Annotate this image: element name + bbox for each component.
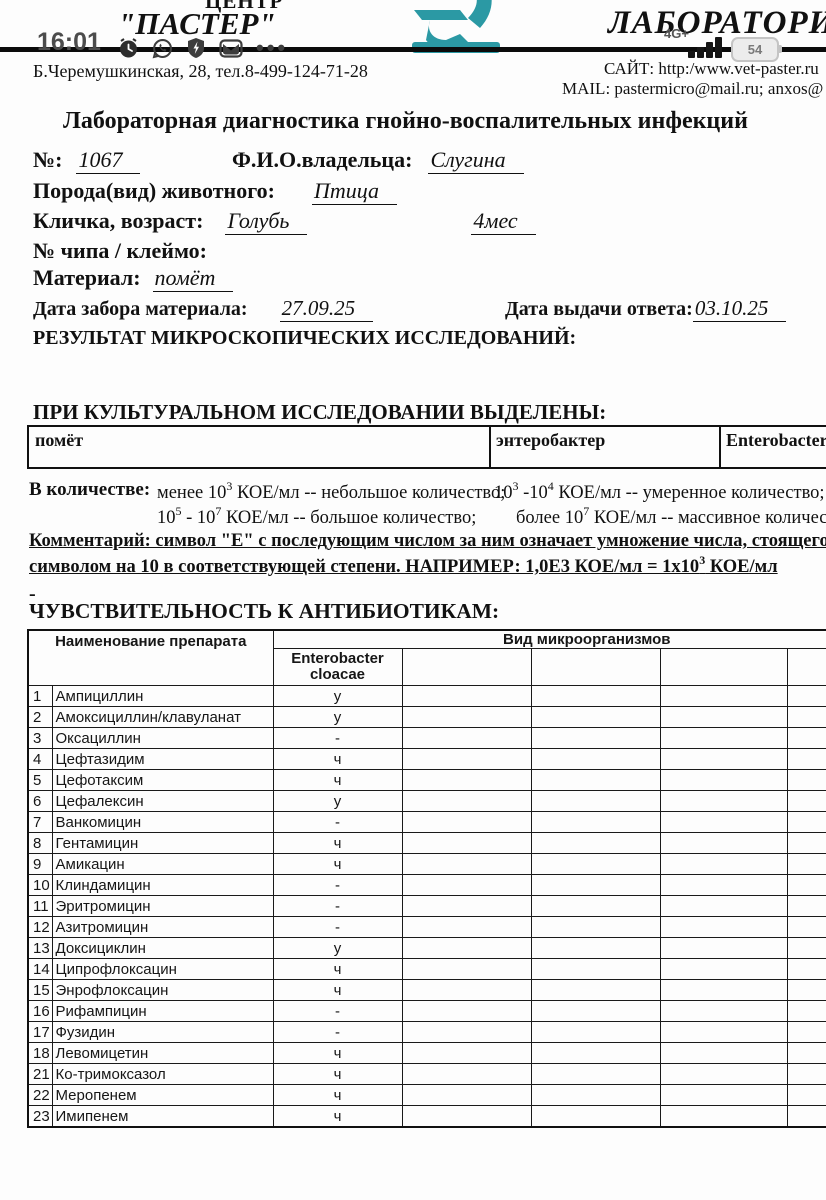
empty-cell [531, 833, 660, 854]
antibiotics-table: Наименование препарата Вид микроорганизм… [27, 629, 826, 1128]
empty-cell [531, 1022, 660, 1043]
culture-organism-ru: энтеробактер [496, 430, 605, 451]
empty-cell [660, 749, 787, 770]
empty-cell [402, 980, 531, 1001]
field-number: №: 1067 [33, 147, 140, 173]
drug-name: Эритромицин [52, 896, 273, 917]
sensitivity-value: - [273, 728, 402, 749]
empty-cell [787, 938, 826, 959]
mail-line: MAIL: pastermicro@mail.ru; anxos@ [562, 79, 823, 99]
collect-date-label: Дата забора материала: [33, 298, 248, 320]
empty-cell [660, 1064, 787, 1085]
microorganism-group-header: Вид микроорганизмов [273, 630, 826, 649]
drug-column-header: Наименование препарата [28, 630, 273, 686]
drug-name: Ванкомицин [52, 812, 273, 833]
whatsapp-icon [152, 38, 173, 59]
empty-cell [531, 770, 660, 791]
table-row: 15 Энрофлоксацин ч [28, 980, 826, 1001]
sensitivity-value: - [273, 812, 402, 833]
empty-cell [660, 707, 787, 728]
sensitivity-value: ч [273, 1085, 402, 1106]
field-owner: Ф.И.О.владельца: Слугина [232, 147, 524, 173]
empty-cell [402, 728, 531, 749]
number-label: №: [33, 147, 62, 172]
empty-cell [787, 833, 826, 854]
chip-label: № чипа / клеймо: [33, 238, 207, 263]
table-row: 23 Имипенем ч [28, 1106, 826, 1128]
row-number: 18 [28, 1043, 52, 1064]
sensitivity-value: у [273, 686, 402, 707]
empty-cell [787, 854, 826, 875]
issue-date-value: 03.10.25 [693, 296, 787, 322]
empty-cell [660, 980, 787, 1001]
sensitivity-value: ч [273, 1064, 402, 1085]
empty-cell [531, 791, 660, 812]
empty-cell [531, 896, 660, 917]
table-divider [719, 427, 721, 467]
empty-cell [660, 959, 787, 980]
field-breed: Порода(вид) животного: Птица [33, 178, 397, 204]
empty-cell [402, 770, 531, 791]
empty-organism-column [660, 649, 787, 686]
network-type-label: 4G+ [664, 26, 689, 41]
table-row: 9 Амикацин ч [28, 854, 826, 875]
empty-cell [531, 749, 660, 770]
empty-organism-column [787, 649, 826, 686]
owner-value: Слугина [428, 147, 523, 174]
table-row: 12 Азитромицин - [28, 917, 826, 938]
empty-cell [787, 1022, 826, 1043]
sensitivity-value: ч [273, 1106, 402, 1128]
empty-cell [531, 938, 660, 959]
quantity-legend-label: В количестве: [29, 479, 150, 501]
document-title: Лабораторная диагностика гнойно-воспалит… [63, 108, 748, 135]
empty-cell [660, 1106, 787, 1128]
drug-name: Цефотаксим [52, 770, 273, 791]
empty-cell [402, 1064, 531, 1085]
row-number: 13 [28, 938, 52, 959]
sensitivity-value: ч [273, 1043, 402, 1064]
empty-cell [531, 707, 660, 728]
shield-bolt-icon [186, 37, 206, 59]
sensitivity-value: - [273, 875, 402, 896]
issue-date-label: Дата выдачи ответа: [505, 298, 693, 320]
empty-cell [531, 917, 660, 938]
empty-cell [660, 686, 787, 707]
field-material: Материал: помёт [33, 265, 233, 291]
empty-cell [402, 854, 531, 875]
empty-cell [402, 1043, 531, 1064]
field-issue-date: Дата выдачи ответа:03.10.25 [505, 296, 786, 321]
table-row: 17 Фузидин - [28, 1022, 826, 1043]
drug-name: Амикацин [52, 854, 273, 875]
nickname-value: Голубь [225, 208, 307, 235]
sensitivity-value: ч [273, 959, 402, 980]
more-icon: ••• [256, 43, 288, 53]
drug-name: Оксациллин [52, 728, 273, 749]
empty-cell [402, 875, 531, 896]
empty-cell [402, 938, 531, 959]
empty-cell [787, 791, 826, 812]
table-row: 22 Меропенем ч [28, 1085, 826, 1106]
table-row: 8 Гентамицин ч [28, 833, 826, 854]
empty-cell [660, 875, 787, 896]
row-number: 8 [28, 833, 52, 854]
empty-cell [531, 1001, 660, 1022]
empty-cell [531, 1064, 660, 1085]
row-number: 4 [28, 749, 52, 770]
age-value: 4мес [471, 208, 535, 235]
row-number: 21 [28, 1064, 52, 1085]
field-chip: № чипа / клеймо: [33, 238, 207, 264]
table-row: 13 Доксициклин у [28, 938, 826, 959]
table-row: 5 Цефотаксим ч [28, 770, 826, 791]
empty-cell [660, 938, 787, 959]
empty-cell [402, 812, 531, 833]
drug-name: Энрофлоксацин [52, 980, 273, 1001]
number-value: 1067 [76, 147, 140, 174]
empty-cell [787, 812, 826, 833]
sensitivity-value: - [273, 896, 402, 917]
drug-name: Рифампицин [52, 1001, 273, 1022]
empty-cell [402, 1022, 531, 1043]
row-number: 22 [28, 1085, 52, 1106]
drug-name: Цефтазидим [52, 749, 273, 770]
empty-organism-column [531, 649, 660, 686]
drug-name: Фузидин [52, 1022, 273, 1043]
table-row: 10 Клиндамицин - [28, 875, 826, 896]
sensitivity-value: - [273, 1001, 402, 1022]
row-number: 17 [28, 1022, 52, 1043]
row-number: 1 [28, 686, 52, 707]
empty-cell [402, 707, 531, 728]
row-number: 16 [28, 1001, 52, 1022]
row-number: 15 [28, 980, 52, 1001]
empty-cell [787, 1106, 826, 1128]
table-row: 18 Левомицетин ч [28, 1043, 826, 1064]
status-time: 16:01 [37, 28, 101, 57]
drug-name: Клиндамицин [52, 875, 273, 896]
drug-name: Доксициклин [52, 938, 273, 959]
empty-cell [660, 896, 787, 917]
empty-cell [787, 770, 826, 791]
empty-cell [531, 854, 660, 875]
empty-cell [531, 812, 660, 833]
row-number: 6 [28, 791, 52, 812]
culture-heading: ПРИ КУЛЬТУРАЛЬНОМ ИССЛЕДОВАНИИ ВЫДЕЛЕНЫ: [33, 400, 606, 425]
empty-cell [402, 1106, 531, 1128]
culture-organism-lat: Enterobacter cloacae [726, 430, 826, 451]
drug-name: Азитромицин [52, 917, 273, 938]
empty-cell [787, 1085, 826, 1106]
abx-tbody: 1 Ампициллин у 2 Амоксициллин/клавуланат… [28, 686, 826, 1128]
row-number: 11 [28, 896, 52, 917]
drug-name: Меропенем [52, 1085, 273, 1106]
empty-cell [660, 1085, 787, 1106]
empty-cell [531, 959, 660, 980]
drug-name: Ко-тримоксазол [52, 1064, 273, 1085]
empty-cell [531, 1043, 660, 1064]
sensitivity-value: ч [273, 770, 402, 791]
screenshot-root: ЦЕНТР "ПАСТЕР" ЛАБОРАТОРИЯ 16:01 [0, 0, 826, 1200]
table-row: 3 Оксациллин - [28, 728, 826, 749]
empty-cell [660, 791, 787, 812]
row-number: 10 [28, 875, 52, 896]
empty-cell [787, 707, 826, 728]
table-row: 16 Рифампицин - [28, 1001, 826, 1022]
empty-cell [787, 980, 826, 1001]
row-number: 12 [28, 917, 52, 938]
empty-cell [787, 959, 826, 980]
clock-icon [118, 38, 139, 59]
empty-cell [402, 1001, 531, 1022]
comment-line2: символом на 10 в соответствующей степени… [29, 554, 778, 578]
empty-cell [787, 875, 826, 896]
drug-name: Имипенем [52, 1106, 273, 1128]
drug-name: Ампициллин [52, 686, 273, 707]
row-number: 14 [28, 959, 52, 980]
empty-cell [402, 791, 531, 812]
row-number: 9 [28, 854, 52, 875]
field-collect-date: Дата забора материала: 27.09.25 [33, 296, 373, 321]
collect-date-value: 27.09.25 [280, 296, 374, 322]
empty-cell [787, 749, 826, 770]
row-number: 23 [28, 1106, 52, 1128]
sensitivity-value: у [273, 791, 402, 812]
drug-name: Ципрофлоксацин [52, 959, 273, 980]
empty-cell [402, 917, 531, 938]
organism-column-header: Enterobacter cloacae [273, 649, 402, 686]
empty-cell [531, 686, 660, 707]
empty-cell [531, 980, 660, 1001]
empty-cell [402, 1085, 531, 1106]
row-number: 7 [28, 812, 52, 833]
sensitivity-value: ч [273, 980, 402, 1001]
table-row: 6 Цефалексин у [28, 791, 826, 812]
breed-label: Порода(вид) животного: [33, 178, 275, 203]
empty-cell [787, 1001, 826, 1022]
empty-cell [660, 1043, 787, 1064]
row-number: 3 [28, 728, 52, 749]
empty-cell [531, 728, 660, 749]
empty-cell [660, 1001, 787, 1022]
owner-label: Ф.И.О.владельца: [232, 147, 412, 172]
empty-cell [787, 686, 826, 707]
legend-large: 105 - 107 КОЕ/мл -- большое количество; [157, 505, 476, 529]
empty-cell [660, 854, 787, 875]
culture-material: помёт [35, 430, 83, 451]
sensitivity-value: - [273, 1022, 402, 1043]
empty-cell [660, 770, 787, 791]
mail-icon [219, 38, 243, 59]
empty-cell [660, 728, 787, 749]
table-row: 14 Ципрофлоксацин ч [28, 959, 826, 980]
empty-cell [531, 1085, 660, 1106]
legend-small: менее 103 КОЕ/мл -- небольшое количество… [157, 480, 505, 504]
microscopy-heading: РЕЗУЛЬТАТ МИКРОСКОПИЧЕСКИХ ИССЛЕДОВАНИЙ: [33, 327, 576, 350]
drug-name: Амоксициллин/клавуланат [52, 707, 273, 728]
empty-cell [660, 833, 787, 854]
empty-cell [660, 812, 787, 833]
table-row: 11 Эритромицин - [28, 896, 826, 917]
clinic-address: Б.Черемушкинская, 28, тел.8-499-124-71-2… [33, 61, 368, 82]
empty-cell [787, 1043, 826, 1064]
empty-cell [787, 1064, 826, 1085]
empty-cell [402, 959, 531, 980]
legend-moderate: 103 -104 КОЕ/мл -- умеренное количество; [494, 480, 825, 504]
drug-name: Левомицетин [52, 1043, 273, 1064]
nickname-label: Кличка, возраст: [33, 208, 203, 233]
empty-cell [787, 728, 826, 749]
culture-table: помёт энтеробактер Enterobacter cloacae … [27, 425, 826, 469]
empty-cell [402, 686, 531, 707]
table-row: 4 Цефтазидим ч [28, 749, 826, 770]
empty-cell [787, 896, 826, 917]
site-line: САЙТ: http:/www.vet-paster.ru [604, 59, 819, 79]
table-row: 21 Ко-тримоксазол ч [28, 1064, 826, 1085]
row-number: 2 [28, 707, 52, 728]
breed-value: Птица [312, 178, 397, 205]
table-row: 7 Ванкомицин - [28, 812, 826, 833]
sensitivity-value: ч [273, 854, 402, 875]
empty-cell [531, 875, 660, 896]
notification-icons: ••• [118, 37, 288, 59]
empty-cell [660, 917, 787, 938]
empty-cell [531, 1106, 660, 1128]
material-value: помёт [153, 265, 234, 292]
sensitivity-value: ч [273, 833, 402, 854]
empty-cell [660, 1022, 787, 1043]
sensitivity-value: у [273, 938, 402, 959]
empty-cell [787, 917, 826, 938]
drug-name: Гентамицин [52, 833, 273, 854]
empty-cell [402, 833, 531, 854]
empty-cell [402, 749, 531, 770]
row-number: 5 [28, 770, 52, 791]
field-nickname-age: Кличка, возраст: Голубь 4мес [33, 208, 536, 234]
empty-cell [402, 896, 531, 917]
sensitivity-value: - [273, 917, 402, 938]
sensitivity-value: у [273, 707, 402, 728]
signal-bars-icon [688, 37, 722, 58]
table-row: 2 Амоксициллин/клавуланат у [28, 707, 826, 728]
comment-line1: Комментарий: символ "Е" с последующим чи… [29, 531, 826, 552]
sensitivity-value: ч [273, 749, 402, 770]
material-label: Материал: [33, 265, 141, 290]
sensitivity-heading: ЧУВСТВИТЕЛЬНОСТЬ К АНТИБИОТИКАМ: [29, 599, 499, 624]
empty-organism-column [402, 649, 531, 686]
legend-massive: более 107 КОЕ/мл -- массивное количество [516, 505, 826, 529]
table-divider [489, 427, 491, 467]
table-row: 1 Ампициллин у [28, 686, 826, 707]
drug-name: Цефалексин [52, 791, 273, 812]
